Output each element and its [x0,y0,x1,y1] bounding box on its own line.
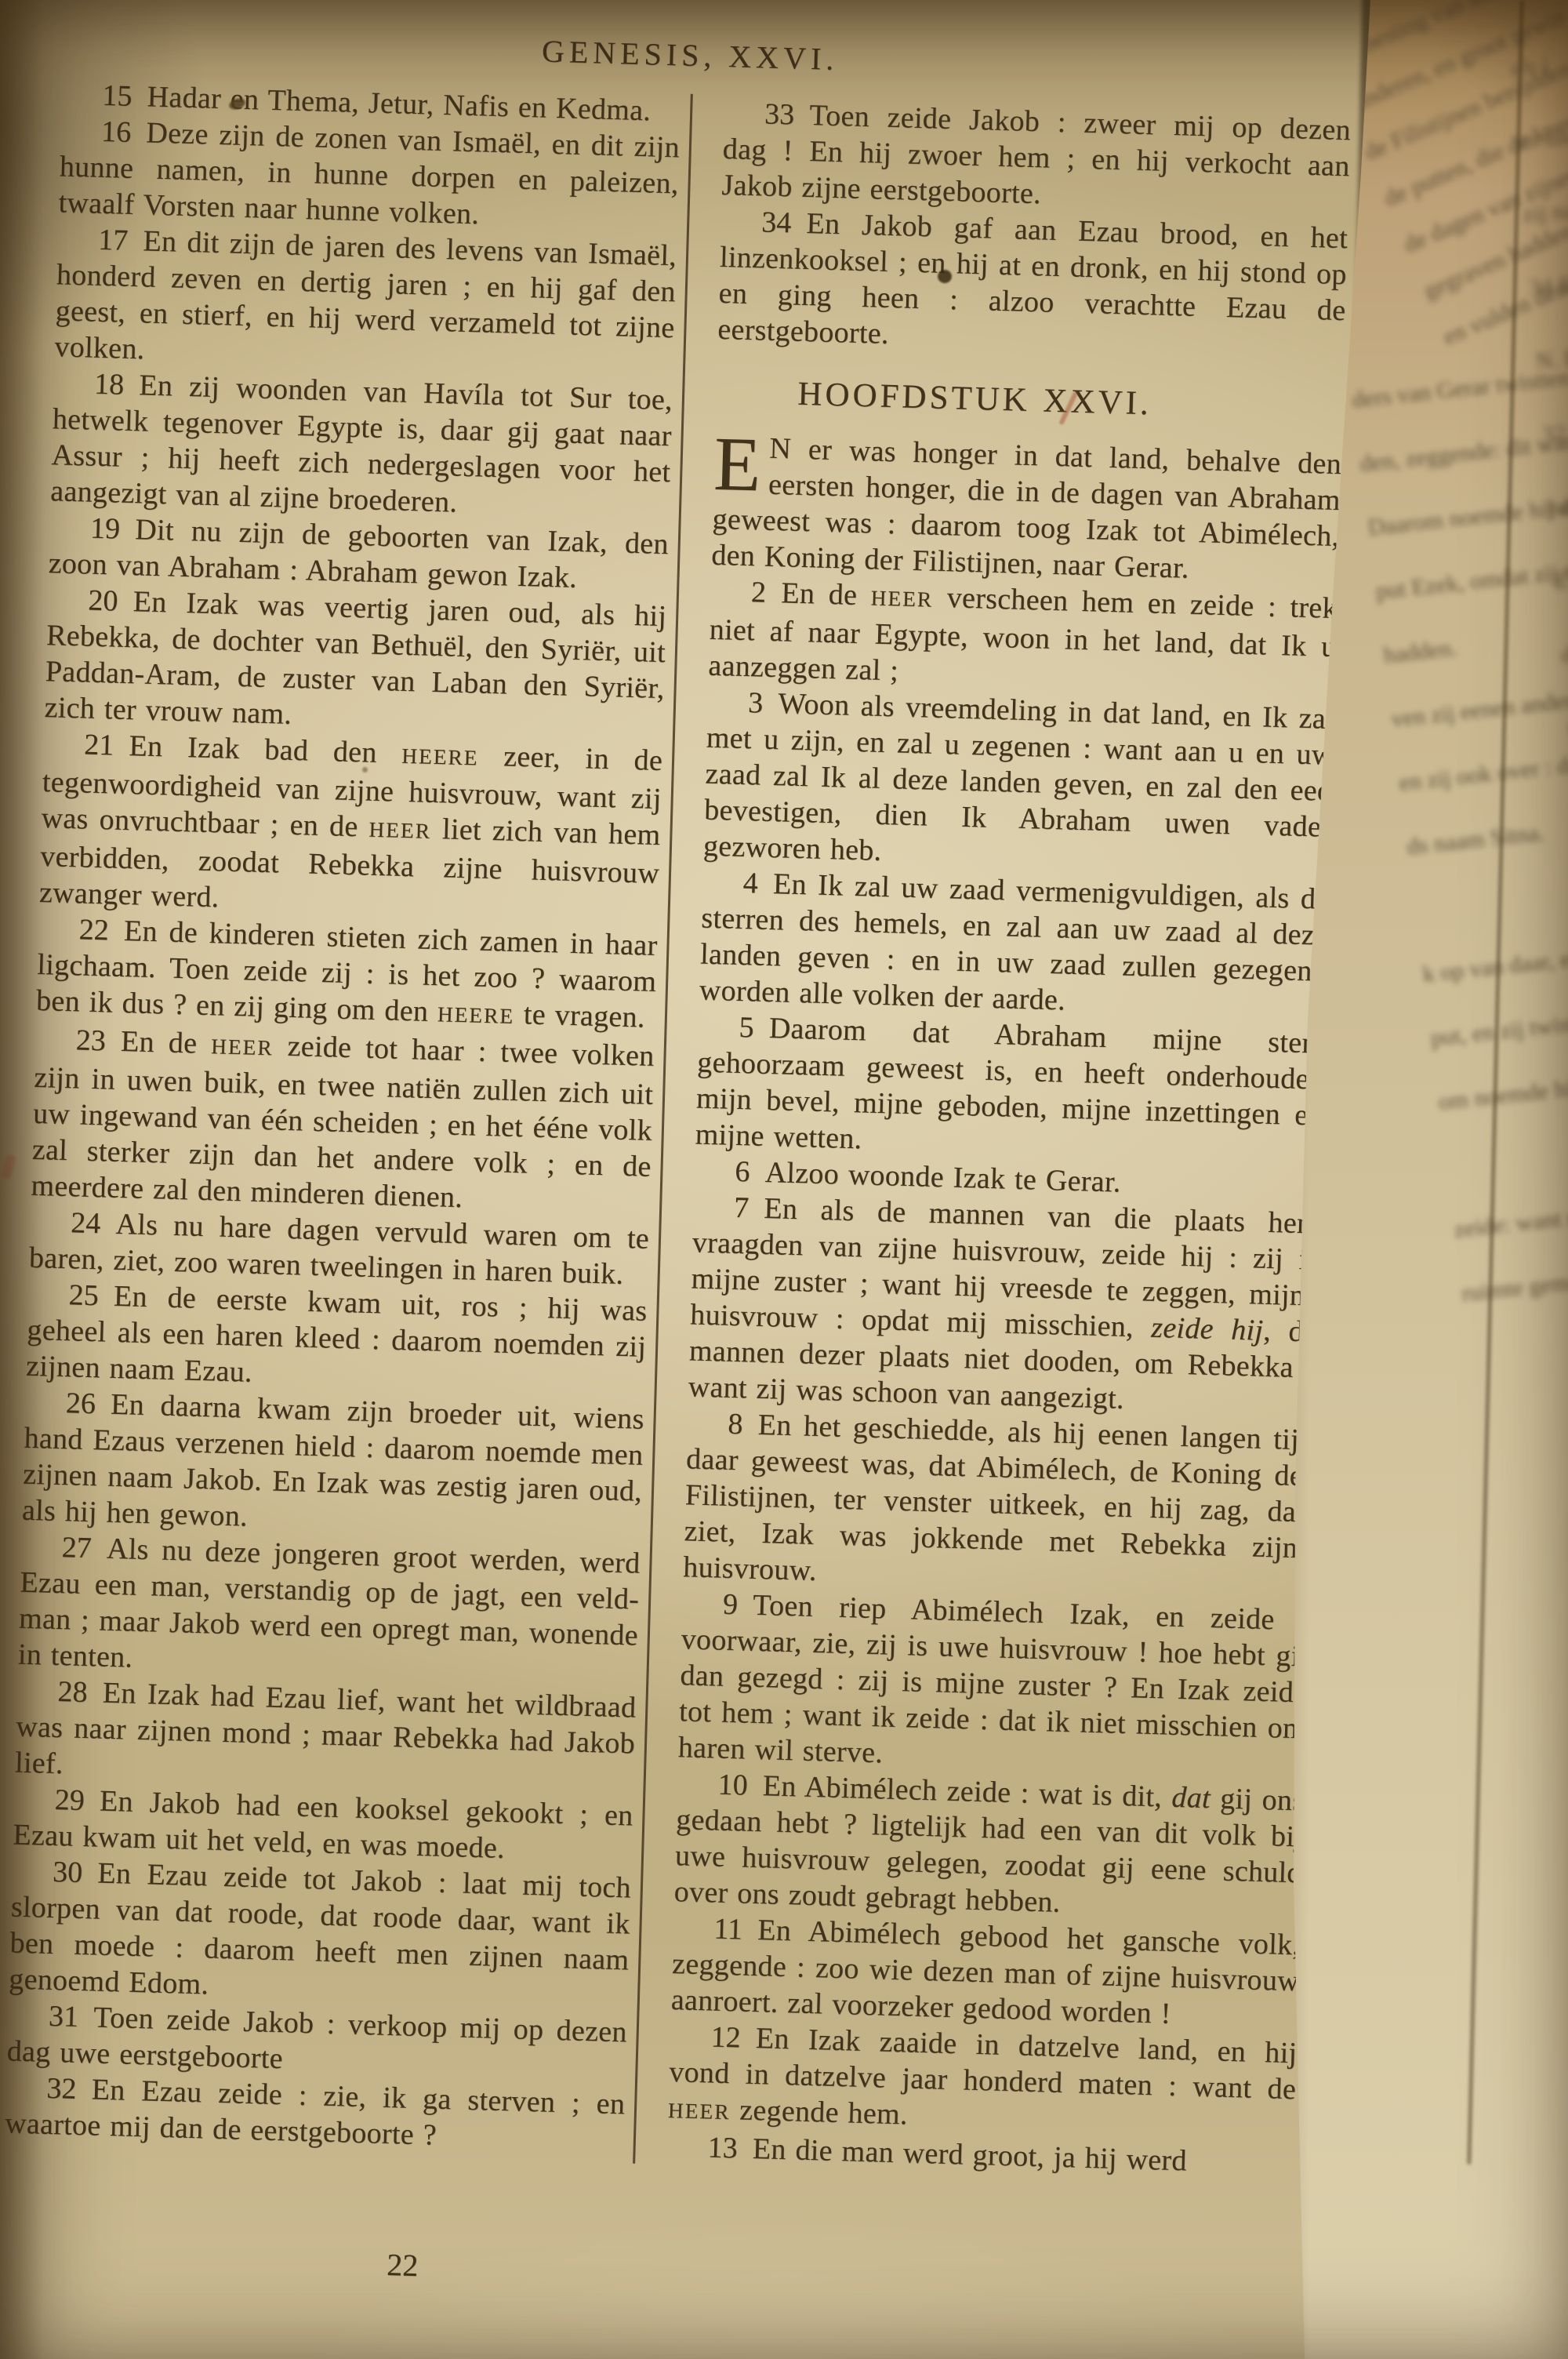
drop-cap: E [713,434,762,496]
verse-number: 10 [717,1768,748,1802]
verse-4: 4 En Ik zal uw zaad vermenigvuldigen, al… [699,864,1330,1026]
verse-3: 3 Woon als vreemdeling in dat land, en I… [702,684,1334,881]
verse-2: 2 En de HEER verscheen hem en zeide : tr… [708,573,1338,701]
verse-17: 17 En dit zijn de jaren des levens van I… [54,220,677,382]
page-content: GENESIS, XXVI. 15 Hadar en Thema, Jetur,… [0,12,1365,2357]
ink-blot [938,270,952,283]
verse-number: 34 [761,205,792,239]
next-page-blurred-text-mid: ders van Gerar twisttenden, zeggende: di… [1348,342,1568,1326]
verse-number: 20 [88,584,118,618]
page-number: 22 [355,2245,450,2284]
verse-number: 6 [735,1155,750,1189]
verse-34: 34 En Jakob gaf aan Ezau brood, en het l… [717,203,1348,365]
verse-number: 16 [101,115,132,149]
verse-10: 10 En Abimélech zeide : wat is dit, dat … [673,1765,1305,1927]
verse-21: 21 En Izak bad den HEERE zeer, in de teg… [38,725,662,928]
verse-number: 33 [764,97,795,131]
verse-28: 28 En Izak had Ezau lief, want het wildb… [14,1673,637,1798]
verse-number: 28 [57,1675,88,1709]
verse-12: 12 En Izak zaaide in datzelve land, en h… [667,2018,1298,2146]
verse-number: 25 [68,1278,99,1312]
verse-number: 13 [707,2131,738,2165]
verse-30: 30 En Ezau zeide tot Jakob : laat mij to… [9,1852,632,2014]
verse-number: 2 [751,576,767,609]
chapter-heading: HOOFDSTUK XXVI. [661,373,1289,426]
book-photo: gever; oudt zijhad besting van schapenru… [0,0,1568,2359]
verse-number: 22 [78,913,109,947]
verse-number: 23 [75,1023,106,1057]
text-columns: 15 Hadar en Thema, Jetur, Nafis en Kedma… [4,76,1363,2182]
verse-5: 5 Daarom dat Abraham mijne stem gehoorza… [695,1009,1326,1170]
verse-18: 18 En zij woonden van Havíla tot Sur toe… [50,365,673,526]
verse-number: 26 [65,1387,96,1420]
verse-number: 9 [722,1588,738,1622]
verse-number: 19 [89,512,120,546]
verse-16: 16 Deze zijn de zonen van Ismaël, en dit… [58,112,681,238]
verse-number: 24 [71,1206,101,1240]
verse-number: 30 [53,1856,83,1889]
verse-number: 17 [98,224,129,257]
paper-speck [362,767,368,772]
verse-20: 20 En Izak was veertig jaren oud, als hi… [44,581,667,743]
verse-22: 22 En de kinderen stieten zich zamen in … [36,911,659,1038]
verse-number: 11 [713,1913,743,1946]
verse-9: 9 Toen riep Abimélech Izak, en zeide : v… [677,1585,1309,1783]
verse-number: 21 [84,728,114,761]
verse-33: 33 Toen zeide Jakob : zweer mij op dezen… [721,95,1352,220]
verse-number: 29 [54,1783,85,1817]
verse-8: 8 En het geschiedde, als hij eenen lange… [683,1405,1315,1602]
verse-number: 7 [734,1191,750,1225]
verse-number: 4 [742,867,758,900]
left-column: 15 Hadar en Thema, Jetur, Nafis en Kedma… [4,76,681,2163]
verse-number: 18 [94,368,125,402]
verse-number: 5 [739,1011,754,1045]
verse-number: 8 [728,1408,743,1441]
verse-27: 27 Als nu deze jongeren groot werden, we… [17,1528,641,1690]
verse-7: 7 En als de mannen van die plaats hem vr… [688,1188,1320,1422]
verse-23: 23 En de HEER zeide tot haar : twee volk… [31,1021,655,1221]
verse-number: 12 [710,2020,741,2054]
verse-25: 25 En de eerste kwam uit, ros ; hij was … [26,1276,648,1401]
verse-26: 26 En daarna kwam zijn broeder uit, wien… [21,1384,644,1546]
verse-11: 11 En Abimélech gebood het gansche volk,… [670,1910,1301,2035]
verse-number: 32 [46,2072,77,2106]
verse-1: EN er was honger in dat land, behalve de… [711,429,1342,591]
right-column: 33 Toen zeide Jakob : zweer mij op dezen… [633,94,1351,2183]
verse-number: 15 [102,79,132,113]
verse-number: 3 [748,686,764,720]
verse-number: 31 [48,2000,78,2034]
verse-number: 27 [61,1531,92,1565]
